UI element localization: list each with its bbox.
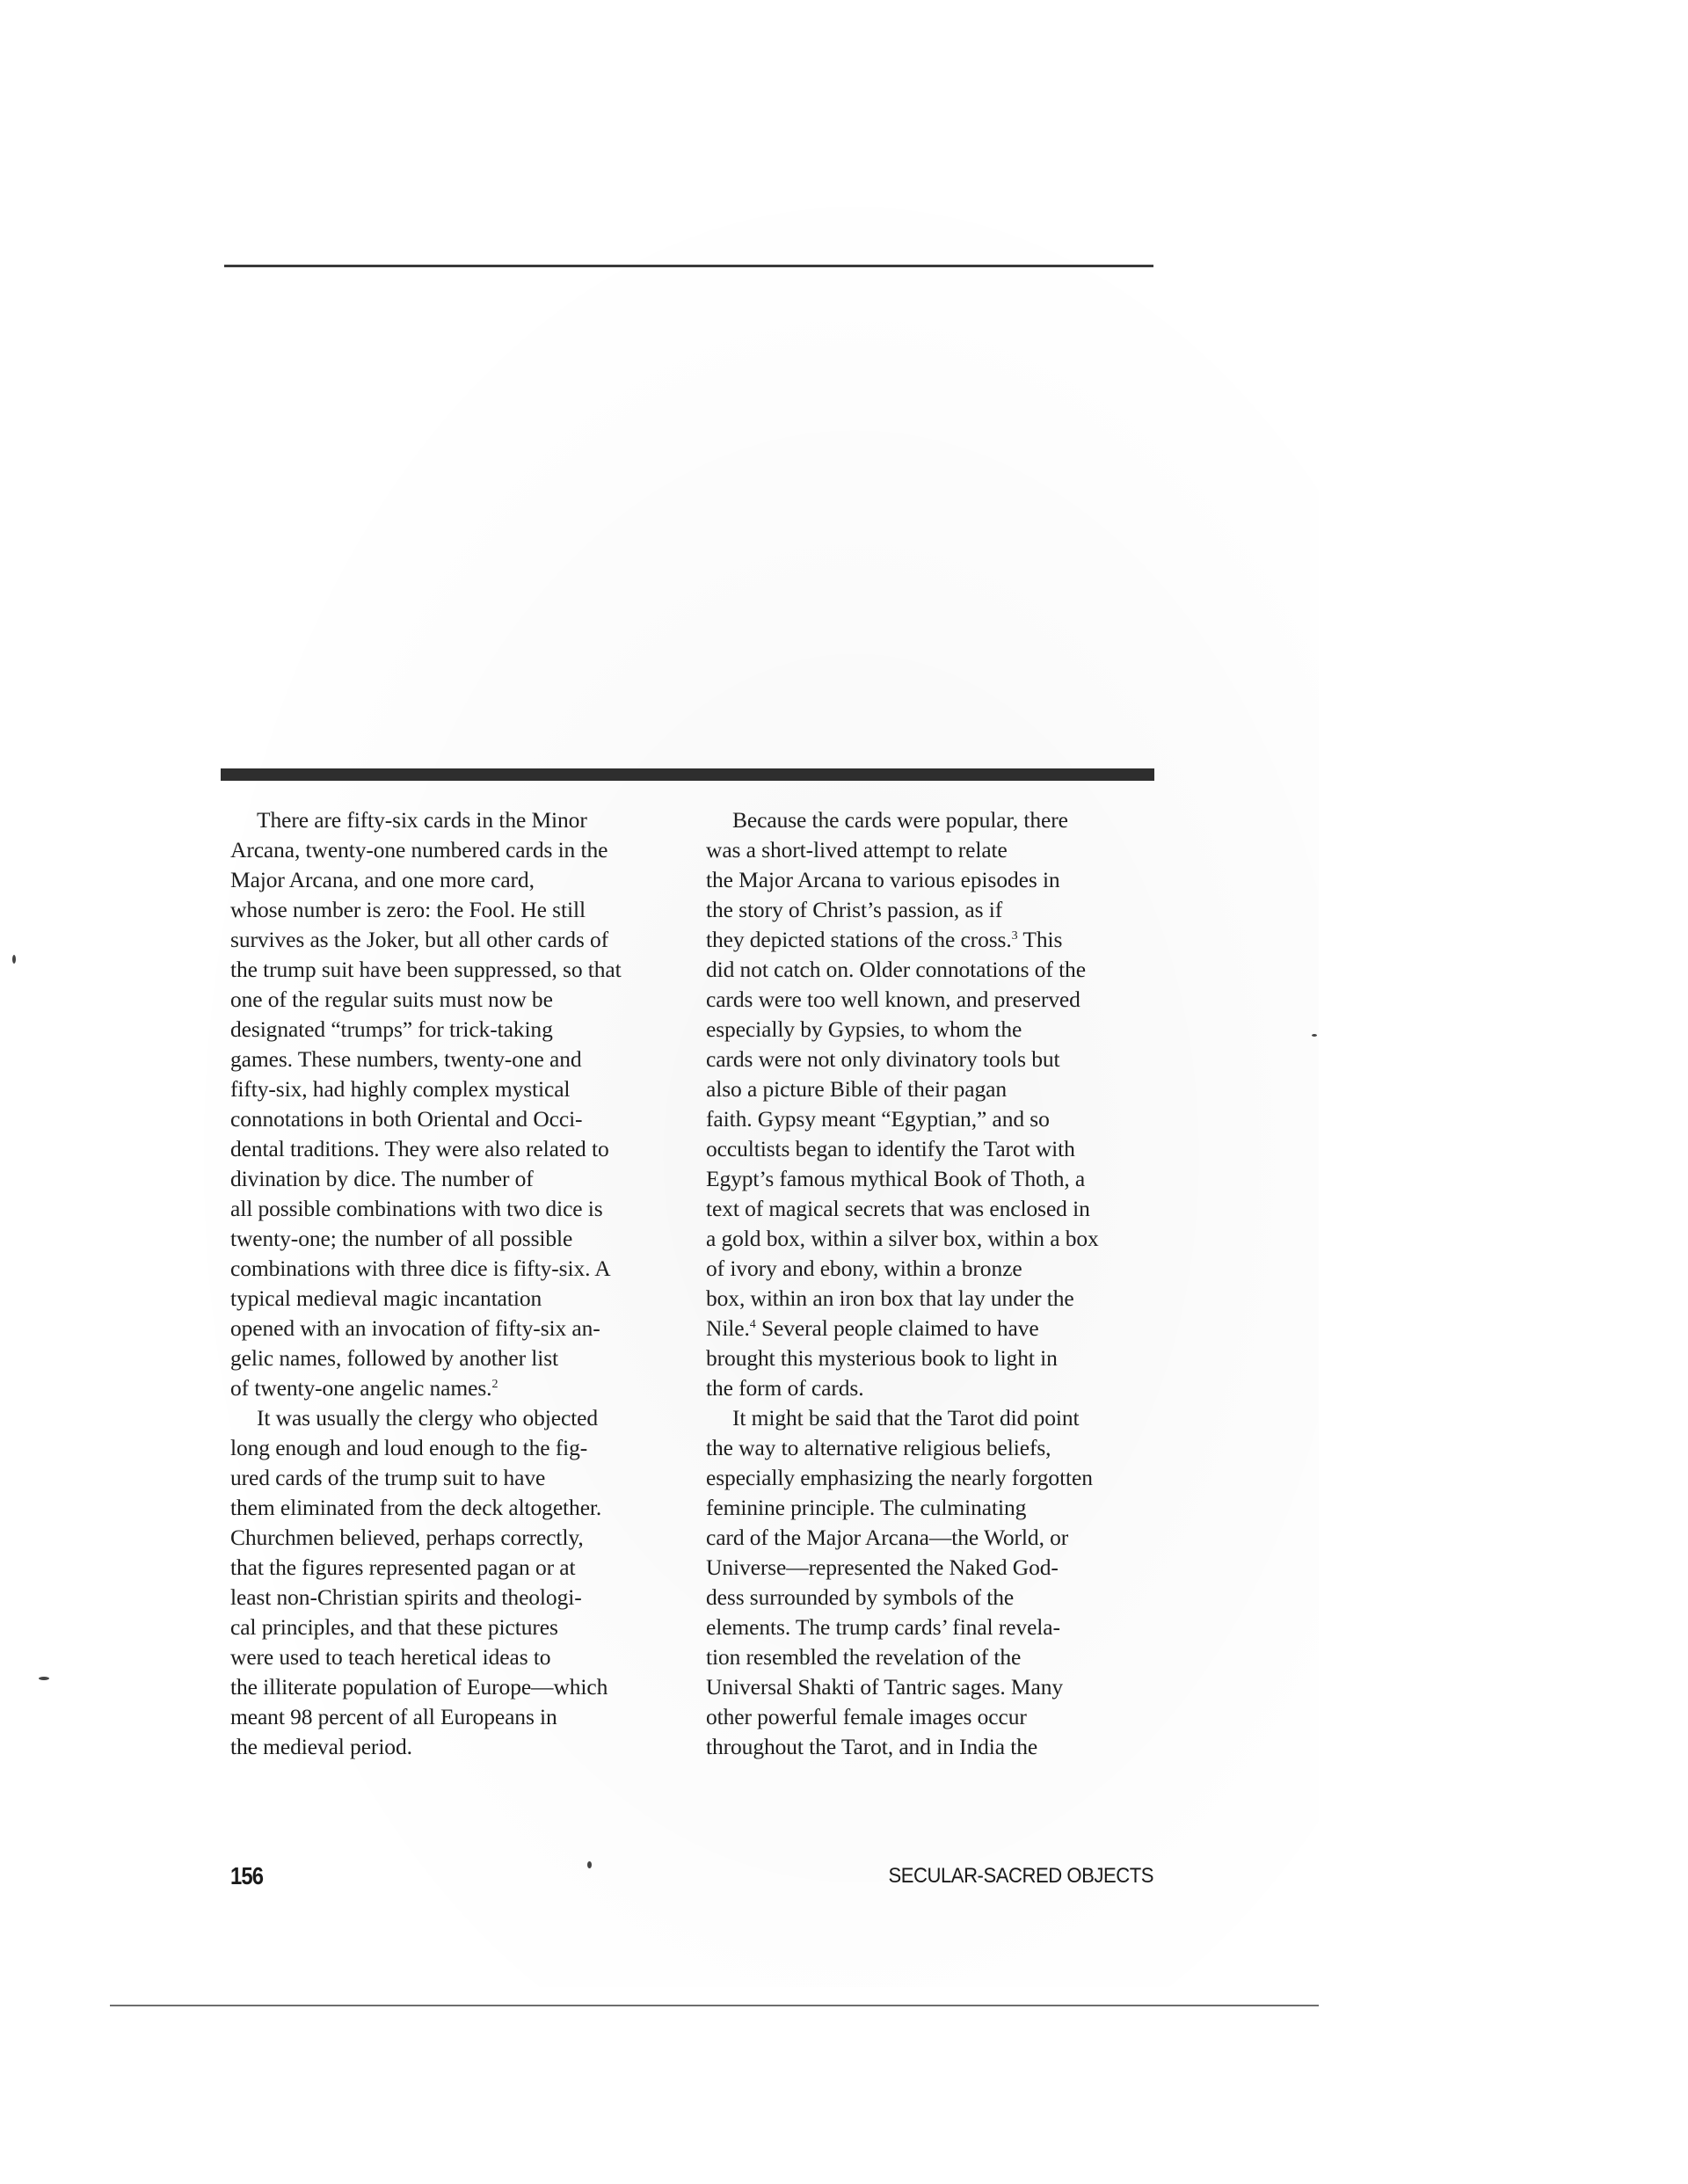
text-line: dess surrounded by symbols of the: [706, 1583, 1154, 1613]
text-line: brought this mysterious book to light in: [706, 1343, 1154, 1373]
text-line: the way to alternative religious beliefs…: [706, 1433, 1154, 1463]
text-fragment: of twenty-one angelic names.: [230, 1375, 491, 1401]
text-line: Because the cards were popular, there: [706, 805, 1154, 835]
footnote-marker[interactable]: 4: [750, 1318, 756, 1331]
text-line: the trump suit have been suppressed, so …: [230, 955, 679, 985]
text-line: the story of Christ’s passion, as if: [706, 895, 1154, 925]
text-line: Major Arcana, and one more card,: [230, 865, 679, 895]
text-fragment: Nile.: [706, 1315, 750, 1341]
left-text-column: There are fifty-six cards in the Minor A…: [230, 805, 679, 1762]
text-fragment: they depicted stations of the cross.: [706, 927, 1012, 952]
text-line: elements. The trump cards’ final revela-: [706, 1613, 1154, 1642]
text-fragment: This: [1018, 927, 1063, 952]
right-text-column: Because the cards were popular, there wa…: [706, 805, 1154, 1762]
text-line: they depicted stations of the cross.3 Th…: [706, 925, 1154, 955]
running-footer-section-title: SECULAR-SACRED OBJECTS: [862, 1864, 1153, 1889]
text-line: games. These numbers, twenty-one and: [230, 1045, 679, 1074]
top-header-rule: [224, 265, 1153, 267]
text-line: Universe—represented the Naked God-: [706, 1553, 1154, 1583]
text-line: did not catch on. Older connotations of …: [706, 955, 1154, 985]
paragraph-tarot-card-counts: There are fifty-six cards in the Minor A…: [230, 805, 679, 1403]
text-line: Churchmen believed, perhaps correctly,: [230, 1523, 679, 1553]
text-line: cards were not only divinatory tools but: [706, 1045, 1154, 1074]
text-line: There are fifty-six cards in the Minor: [230, 805, 679, 835]
text-line: especially by Gypsies, to whom the: [706, 1015, 1154, 1045]
footnote-marker[interactable]: 3: [1012, 929, 1018, 943]
text-line: Egypt’s famous mythical Book of Thoth, a: [706, 1164, 1154, 1194]
text-line: divination by dice. The number of: [230, 1164, 679, 1194]
text-line: tion resembled the revelation of the: [706, 1642, 1154, 1672]
text-line: long enough and loud enough to the fig-: [230, 1433, 679, 1463]
text-line: especially emphasizing the nearly forgot…: [706, 1463, 1154, 1493]
text-line: gelic names, followed by another list: [230, 1343, 679, 1373]
text-line: of ivory and ebony, within a bronze: [706, 1254, 1154, 1284]
text-line: cal principles, and that these pictures: [230, 1613, 679, 1642]
scan-speck: [1312, 1034, 1317, 1037]
paragraph-christ-passion-gypsies: Because the cards were popular, there wa…: [706, 805, 1154, 1403]
text-line: Nile.4 Several people claimed to have: [706, 1314, 1154, 1343]
text-line: Arcana, twenty-one numbered cards in the: [230, 835, 679, 865]
text-line: were used to teach heretical ideas to: [230, 1642, 679, 1672]
paragraph-clergy-objection: It was usually the clergy who objected l…: [230, 1403, 679, 1762]
text-line: dental traditions. They were also relate…: [230, 1134, 679, 1164]
scan-speck: [587, 1861, 592, 1868]
text-line: all possible combinations with two dice …: [230, 1194, 679, 1224]
text-line: was a short-lived attempt to relate: [706, 835, 1154, 865]
text-line: survives as the Joker, but all other car…: [230, 925, 679, 955]
text-line: typical medieval magic incantation: [230, 1284, 679, 1314]
footnote-marker[interactable]: 2: [491, 1378, 498, 1391]
text-line: opened with an invocation of fifty-six a…: [230, 1314, 679, 1343]
text-line: of twenty-one angelic names.2: [230, 1373, 679, 1403]
text-fragment: Several people claimed to have: [756, 1315, 1039, 1341]
text-line: faith. Gypsy meant “Egyptian,” and so: [706, 1104, 1154, 1134]
text-line: It was usually the clergy who objected: [230, 1403, 679, 1433]
text-line: cards were too well known, and preserved: [706, 985, 1154, 1015]
section-heavy-rule: [221, 768, 1154, 781]
text-line: ured cards of the trump suit to have: [230, 1463, 679, 1493]
text-line: other powerful female images occur: [706, 1702, 1154, 1732]
text-line: meant 98 percent of all Europeans in: [230, 1702, 679, 1732]
scan-speck: [12, 955, 16, 964]
text-line: the Major Arcana to various episodes in: [706, 865, 1154, 895]
text-line: occultists began to identify the Tarot w…: [706, 1134, 1154, 1164]
text-line: one of the regular suits must now be: [230, 985, 679, 1015]
text-line: combinations with three dice is fifty-si…: [230, 1254, 679, 1284]
text-line: a gold box, within a silver box, within …: [706, 1224, 1154, 1254]
text-line: Universal Shakti of Tantric sages. Many: [706, 1672, 1154, 1702]
text-line: also a picture Bible of their pagan: [706, 1074, 1154, 1104]
bottom-edge-rule: [110, 2005, 1319, 2006]
text-line: least non-Christian spirits and theologi…: [230, 1583, 679, 1613]
text-line: throughout the Tarot, and in India the: [706, 1732, 1154, 1762]
text-line: twenty-one; the number of all possible: [230, 1224, 679, 1254]
text-line: card of the Major Arcana—the World, or: [706, 1523, 1154, 1553]
text-line: whose number is zero: the Fool. He still: [230, 895, 679, 925]
scan-speck: [39, 1677, 49, 1680]
text-line: connotations in both Oriental and Occi-: [230, 1104, 679, 1134]
paragraph-feminine-principle: It might be said that the Tarot did poin…: [706, 1403, 1154, 1762]
text-line: text of magical secrets that was enclose…: [706, 1194, 1154, 1224]
text-line: the illiterate population of Europe—whic…: [230, 1672, 679, 1702]
text-line: It might be said that the Tarot did poin…: [706, 1403, 1154, 1433]
text-line: fifty-six, had highly complex mystical: [230, 1074, 679, 1104]
text-line: them eliminated from the deck altogether…: [230, 1493, 679, 1523]
text-line: the medieval period.: [230, 1732, 679, 1762]
text-line: feminine principle. The culminating: [706, 1493, 1154, 1523]
text-line: designated “trumps” for trick-taking: [230, 1015, 679, 1045]
text-line: that the figures represented pagan or at: [230, 1553, 679, 1583]
text-line: the form of cards.: [706, 1373, 1154, 1403]
text-line: box, within an iron box that lay under t…: [706, 1284, 1154, 1314]
page-number: 156: [230, 1862, 263, 1890]
